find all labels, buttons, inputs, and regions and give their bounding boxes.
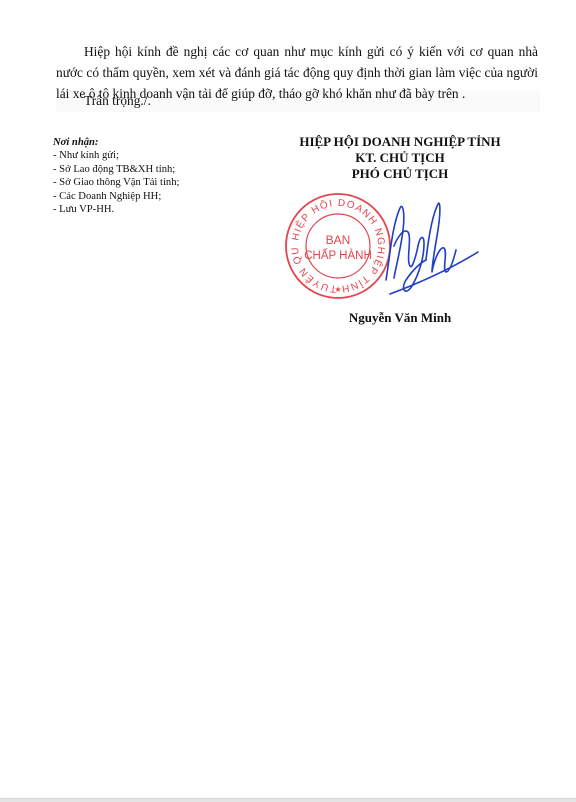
- recipient-item: - Sở Lao động TB&XH tỉnh;: [53, 163, 179, 176]
- svg-text:BAN: BAN: [326, 233, 351, 247]
- recipient-item: - Sở Giao thông Vận Tải tỉnh;: [53, 176, 179, 189]
- signer-name: Nguyễn Văn Minh: [300, 310, 500, 326]
- on-behalf-title: KT. CHỦ TỊCH: [270, 150, 530, 166]
- closing-salutation: Trân trọng./.: [84, 91, 151, 111]
- official-stamp-icon: HIỆP HỘI DOANH NGHIỆP TỈNH TUYÊN QUANG B…: [282, 186, 482, 306]
- recipient-item: - Như kính gửi;: [53, 149, 179, 162]
- recipients-block: Nơi nhận: - Như kính gửi; - Sở Lao động …: [53, 136, 179, 216]
- recipients-list: - Như kính gửi; - Sở Lao động TB&XH tỉnh…: [53, 149, 179, 216]
- svg-text:★: ★: [334, 285, 341, 294]
- recipient-item: - Các Doanh Nghiệp HH;: [53, 190, 179, 203]
- signature-header: HIỆP HỘI DOANH NGHIỆP TỈNH KT. CHỦ TỊCH …: [270, 134, 530, 182]
- recipient-item: - Lưu VP-HH.: [53, 203, 179, 216]
- recipients-title: Nơi nhận:: [53, 136, 179, 149]
- svg-text:CHẤP HÀNH: CHẤP HÀNH: [304, 249, 372, 262]
- organization-name: HIỆP HỘI DOANH NGHIỆP TỈNH: [270, 134, 530, 150]
- stamp-and-signature: HIỆP HỘI DOANH NGHIỆP TỈNH TUYÊN QUANG B…: [282, 186, 482, 306]
- signer-position: PHÓ CHỦ TỊCH: [270, 166, 530, 182]
- page-bottom-edge: [0, 798, 576, 802]
